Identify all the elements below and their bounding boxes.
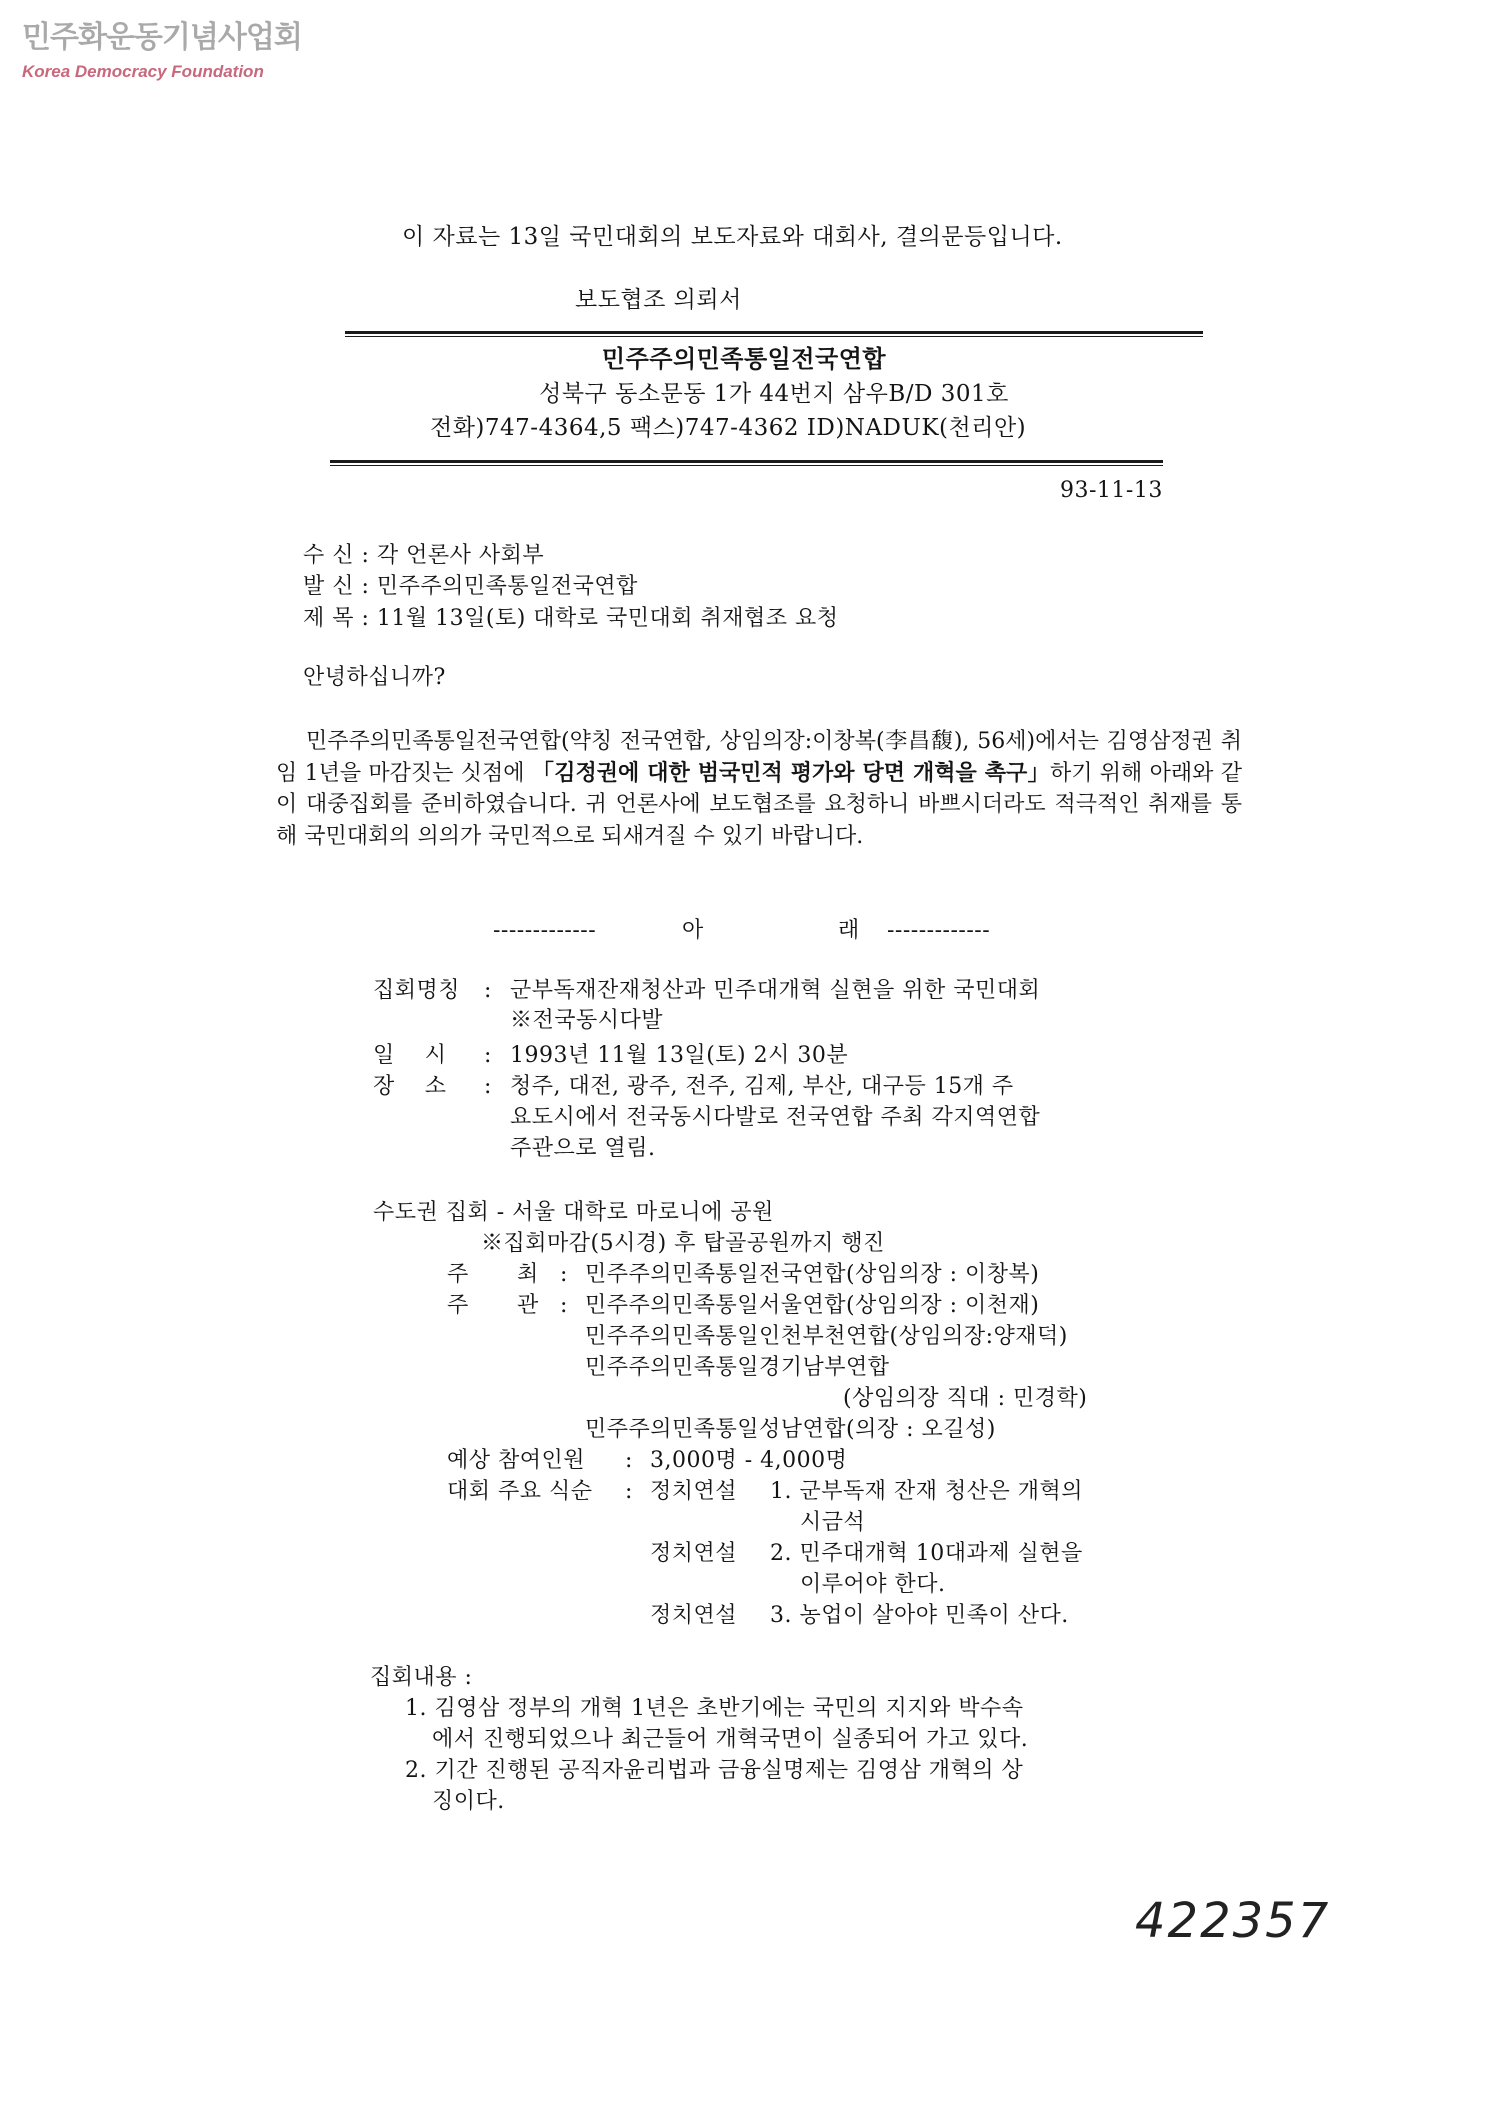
org-name-text: 민주주의민족통일전국연합 [0,344,1488,374]
content-item: 2. 기간 진행된 공직자윤리법과 금융실명제는 김영삼 개혁의 상 [405,1756,1023,1786]
detail-name-note: ※전국동시다발 [510,1006,663,1036]
organizer-label-2: 관 [517,1291,539,1321]
organizer-line: 민주주의민족통일인천부천연합(상임의장:양재덕) [585,1322,1068,1352]
watermark-english: Korea Democracy Foundation [22,62,264,82]
host-label-2: 최 [517,1260,539,1290]
org-name: 민주주의민족통일전국연합 [0,344,1488,374]
doc-type-title: 보도협조 의뢰서 [575,285,742,315]
colon: : [484,1072,492,1102]
letterhead-top-rule [345,331,1203,337]
program-type: 정치연설 [650,1601,737,1631]
detail-time-value: 1993년 11월 13일(토) 2시 30분 [510,1041,848,1071]
divider-word-a: 아 [682,916,704,946]
content-item-cont: 에서 진행되었으나 최근들어 개혁국면이 실종되어 가고 있다. [432,1725,1028,1755]
colon: : [625,1446,633,1476]
document-date: 93-11-13 [1060,476,1163,506]
body-emphasis: 「김정권에 대한 범국민적 평가와 당면 개혁을 촉구」 [532,761,1050,786]
org-contact: 전화)747-4364,5 팩스)747-4362 ID)NADUK(천리안) [430,413,1026,443]
colon: : [560,1260,568,1290]
colon: : [484,976,492,1006]
attendance-label: 예상 참여인원 [447,1446,585,1476]
program-item-cont: 시금석 [800,1508,865,1538]
body-paragraph: 민주주의민족통일전국연합(약칭 전국연합, 상임의장:이창복(李昌馥), 56세… [276,726,1242,852]
detail-time-label: 일 시 [373,1041,446,1071]
program-type: 정치연설 [650,1477,737,1507]
watermark-korean: 민주화운동기념사업회 [22,12,302,56]
field-recipient: 수 신 : 각 언론사 사회부 [303,541,544,571]
program-label: 대회 주요 식순 [447,1477,593,1507]
attendance-value: 3,000명 - 4,000명 [650,1446,847,1476]
detail-place-label: 장 소 [373,1072,446,1102]
letterhead-bottom-rule [330,460,1163,466]
greeting: 안녕하십니까? [303,663,446,693]
detail-name-value: 군부독재잔재청산과 민주대개혁 실현을 위한 국민대회 [510,976,1040,1006]
divider-right: ------------- [887,916,990,946]
organizer-label-1: 주 [447,1291,469,1321]
detail-place-line: 주관으로 열림. [510,1134,656,1164]
detail-place-line: 요도시에서 전국동시다발로 전국연합 주최 각지역연합 [510,1103,1040,1133]
program-item: 2. 민주대개혁 10대과제 실현을 [770,1539,1083,1569]
intro-note: 이 자료는 13일 국민대회의 보도자료와 대회사, 결의문등입니다. [402,222,1063,252]
field-label: 발 신 [303,574,354,599]
field-label: 수 신 [303,543,354,568]
content-label: 집회내용 : [370,1663,472,1693]
divider-left: ------------- [493,916,596,946]
field-sender: 발 신 : 민주주의민족통일전국연합 [303,572,638,602]
capital-rally-note: ※집회마감(5시경) 후 탑골공원까지 행진 [481,1229,885,1259]
program-item: 3. 농업이 살아야 민족이 산다. [770,1601,1069,1631]
detail-place-line: 청주, 대전, 광주, 전주, 김제, 부산, 대구등 15개 주 [510,1072,1014,1102]
content-item-cont: 징이다. [432,1787,505,1817]
organizer-line: 민주주의민족통일서울연합(상임의장 : 이천재) [585,1291,1039,1321]
program-type: 정치연설 [650,1539,737,1569]
colon: : [484,1041,492,1071]
colon: : [560,1291,568,1321]
capital-rally-title: 수도권 집회 - 서울 대학로 마로니에 공원 [373,1198,774,1228]
host-label-1: 주 [447,1260,469,1290]
content-item: 1. 김영삼 정부의 개혁 1년은 초반기에는 국민의 지지와 박수속 [405,1694,1023,1724]
detail-name-label: 집회명칭 [373,976,460,1006]
org-address: 성북구 동소문동 1가 44번지 삼우B/D 301호 [0,379,1488,409]
organizer-line: 민주주의민족통일성남연합(의장 : 오길성) [585,1415,996,1445]
host-value: 민주주의민족통일전국연합(상임의장 : 이창복) [585,1260,1039,1290]
field-value: 11월 13일(토) 대학로 국민대회 취재협조 요청 [377,606,839,631]
organizer-line: (상임의장 직대 : 민경학) [843,1384,1087,1414]
field-label: 제 목 [303,606,354,631]
org-address-text: 성북구 동소문동 1가 44번지 삼우B/D 301호 [0,379,1488,409]
field-value: 민주주의민족통일전국연합 [377,574,638,599]
program-item-cont: 이루어야 한다. [800,1570,946,1600]
program-item: 1. 군부독재 잔재 청산은 개혁의 [770,1477,1083,1507]
colon: : [625,1477,633,1507]
organizer-line: 민주주의민족통일경기남부연합 [585,1353,890,1383]
divider-word-rae: 래 [838,916,860,946]
field-value: 각 언론사 사회부 [377,543,544,568]
handwritten-archive-number: 422357 [1135,1893,1330,1949]
field-subject: 제 목 : 11월 13일(토) 대학로 국민대회 취재협조 요청 [303,604,839,634]
